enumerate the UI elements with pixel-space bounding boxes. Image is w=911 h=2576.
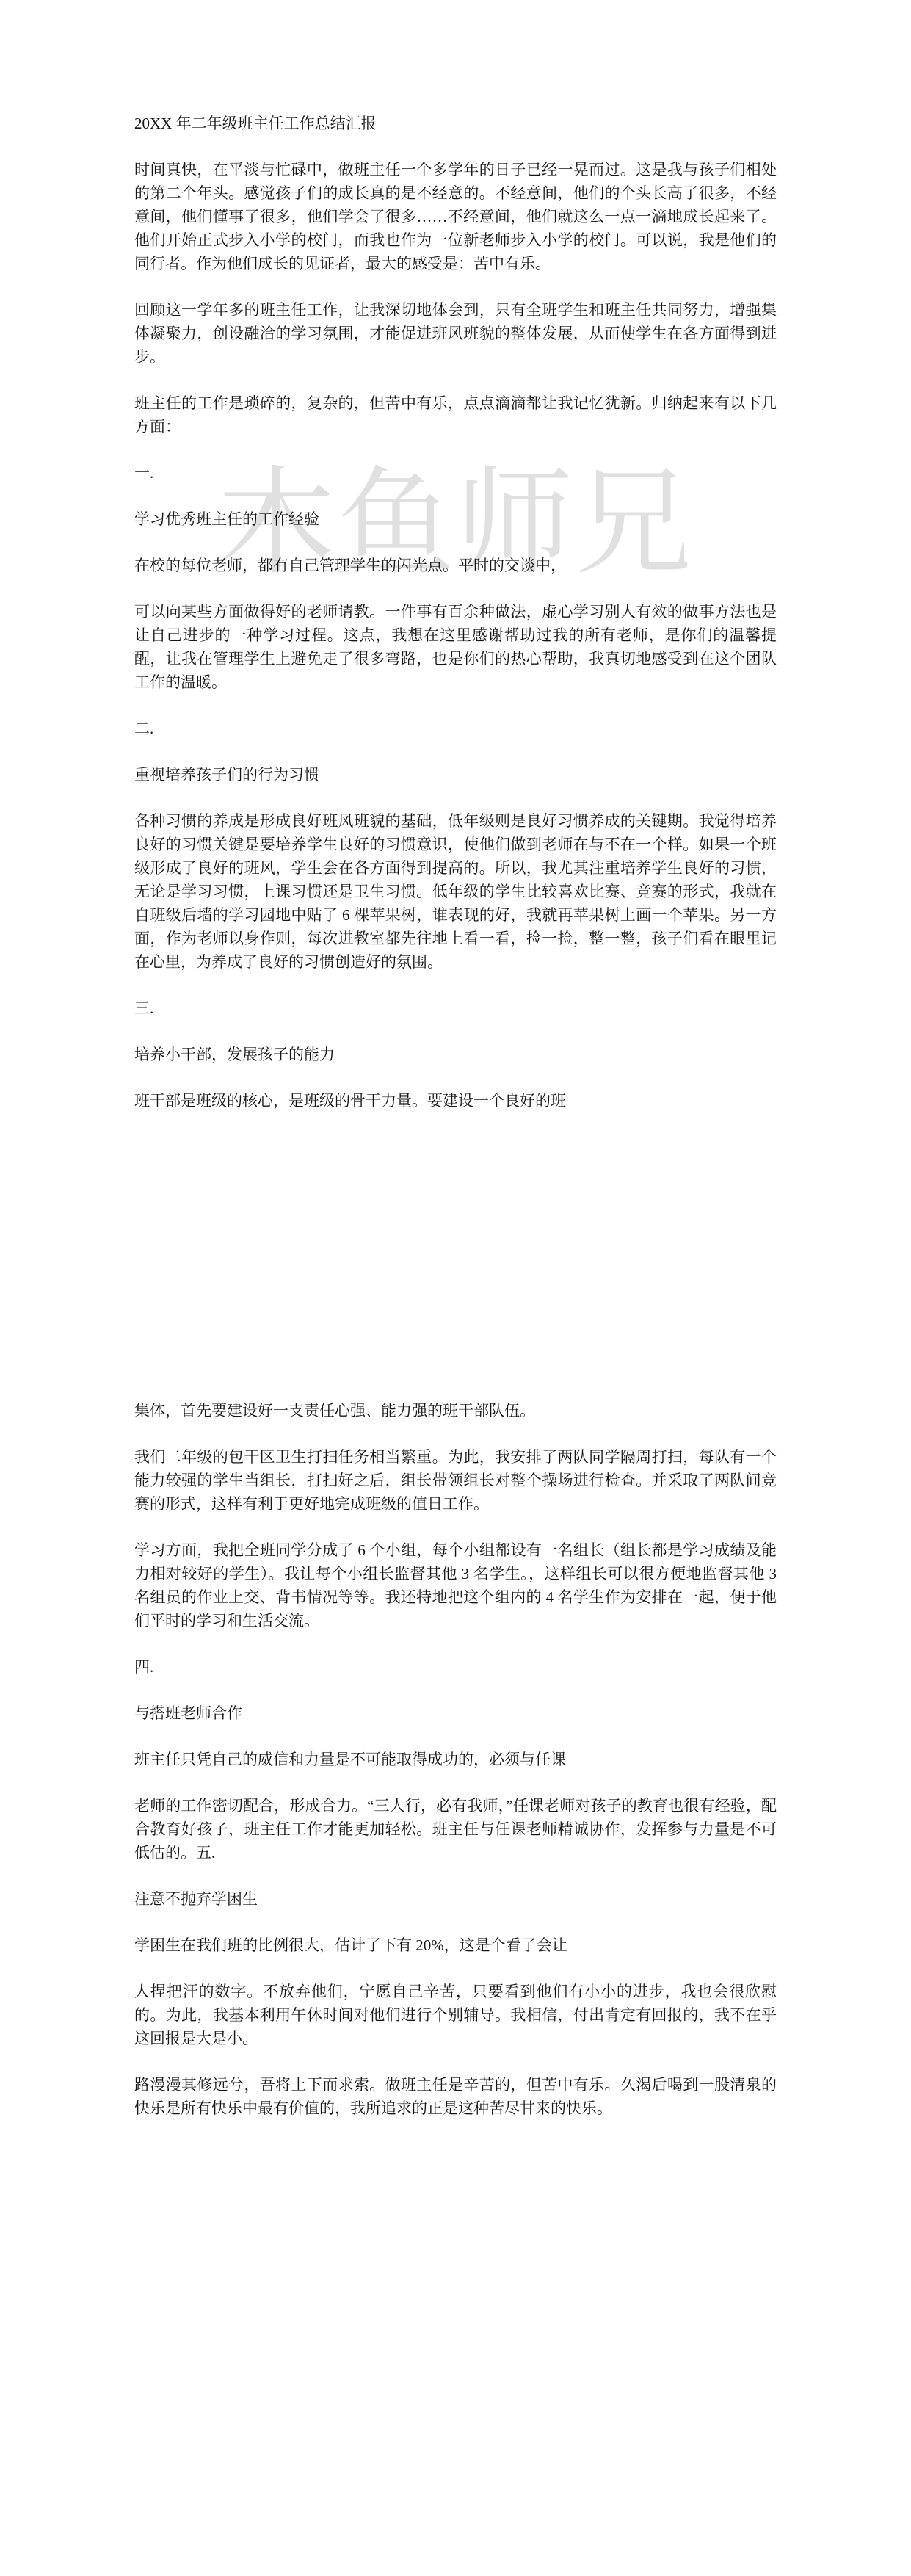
document-body: 20XX 年二年级班主任工作总结汇报 时间真快，在平淡与忙碌中，做班主任一个多学… [134, 112, 777, 2143]
paragraph: 班主任只凭自己的威信和力量是不可能取得成功的，必须与任课 [134, 1748, 777, 1771]
paragraph: 人捏把汗的数字。不放弃他们，宁愿自己辛苦，只要看到他们有小小的进步，我也会很欣慰… [134, 1980, 777, 2050]
paragraph: 学困生在我们班的比例很大，估计了下有 20%，这是个看了会让 [134, 1933, 777, 1957]
section-heading: 学习优秀班主任的工作经验 [134, 507, 777, 531]
paragraph: 集体，首先要建设好一支责任心强、能力强的班干部队伍。 [134, 1399, 777, 1422]
section-number: 四. [134, 1655, 777, 1679]
paragraph: 回顾这一学年多的班主任工作，让我深切地体会到，只有全班学生和班主任共同努力，增强… [134, 298, 777, 369]
paragraph: 各种习惯的养成是形成良好班风班貌的基础，低年级则是良好习惯养成的关键期。我觉得培… [134, 809, 777, 974]
paragraph: 路漫漫其修远兮，吾将上下而求索。做班主任是辛苦的，但苦中有乐。久渴后喝到一股清泉… [134, 2073, 777, 2120]
paragraph: 可以向某些方面做得好的老师请教。一件事有百余种做法，虚心学习别人有效的做事方法也… [134, 600, 777, 694]
document-page: { "colors": { "background": "#ffffff", "… [0, 0, 911, 2576]
section-number: 一. [134, 461, 777, 485]
section-heading: 注意不抛弃学困生 [134, 1887, 777, 1911]
paragraph: 时间真快，在平淡与忙碌中，做班主任一个多学年的日子已经一晃而过。这是我与孩子们相… [134, 158, 777, 275]
paragraph: 我们二年级的包干区卫生打扫任务相当繁重。为此，我安排了两队同学隔周打扫，每队有一… [134, 1445, 777, 1516]
paragraph: 在校的每位老师，都有自己管理学生的闪光点。平时的交谈中， [134, 554, 777, 577]
paragraph: 班干部是班级的核心，是班级的骨干力量。要建设一个良好的班 [134, 1089, 777, 1112]
paragraph: 老师的工作密切配合，形成合力。“三人行，必有我师，”任课老师对孩子的教育也很有经… [134, 1794, 777, 1864]
document-title: 20XX 年二年级班主任工作总结汇报 [134, 112, 777, 135]
section-number: 三. [134, 996, 777, 1020]
section-heading: 重视培养孩子们的行为习惯 [134, 763, 777, 786]
paragraph: 班主任的工作是琐碎的，复杂的，但苦中有乐，点点滴滴都让我记忆犹新。归纳起来有以下… [134, 391, 777, 438]
paragraph: 学习方面，我把全班同学分成了 6 个小组，每个小组都设有一名组长（组长都是学习成… [134, 1538, 777, 1632]
section-heading: 培养小干部，发展孩子的能力 [134, 1043, 777, 1066]
section-number: 二. [134, 717, 777, 740]
section-heading: 与搭班老师合作 [134, 1701, 777, 1725]
